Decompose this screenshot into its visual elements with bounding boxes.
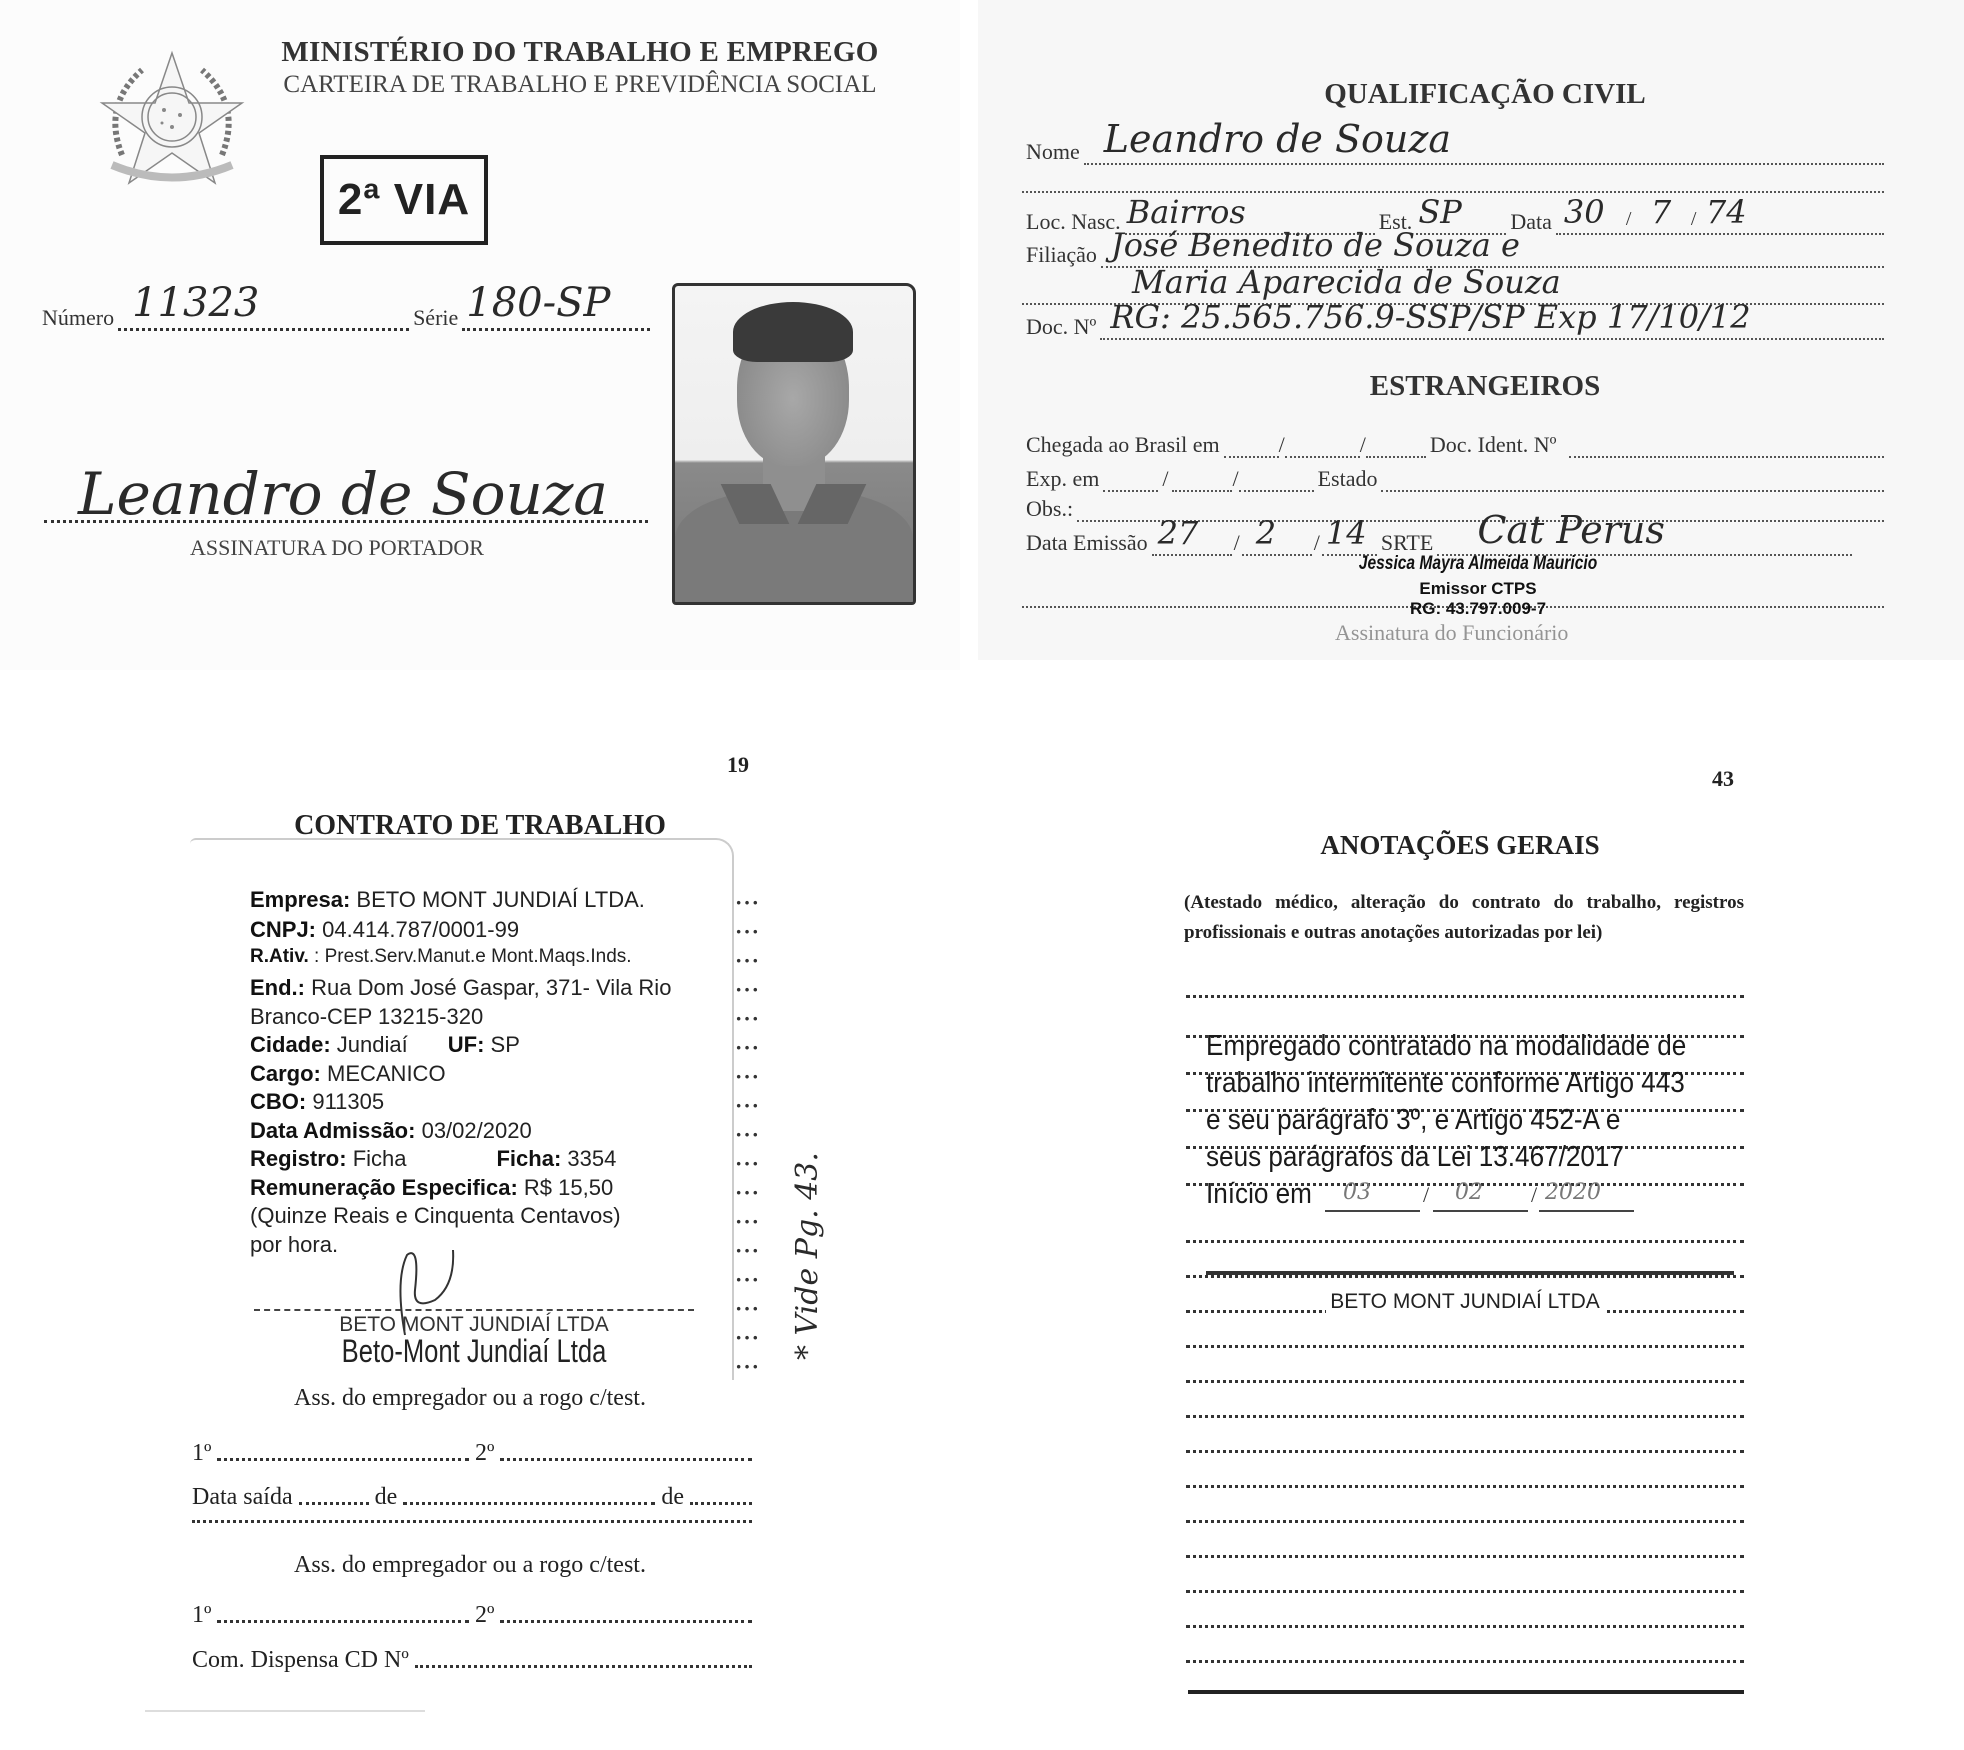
- contract-field: por hora.: [250, 1232, 338, 1258]
- emitter-name: Jessica Mayra Almeida Mauricio: [1347, 553, 1609, 575]
- witness-3-field: [217, 1620, 469, 1623]
- annotation-line: [1186, 995, 1744, 998]
- form-dot-stub: ···: [735, 1093, 760, 1119]
- contract-field: Registro: FichaFicha: 3354: [250, 1146, 616, 1172]
- nome-field: Leandro de Souza: [1084, 139, 1884, 165]
- saida-day-field: [299, 1502, 369, 1505]
- note-line-4: seus parágrafos da Lei 13.467/2017: [1206, 1141, 1624, 1174]
- data-saida-label: Data saída: [192, 1484, 293, 1511]
- nome-row: Nome Leandro de Souza: [1022, 135, 1884, 165]
- witness-2-field: [500, 1458, 752, 1461]
- witness-2-label: 2º: [475, 1440, 494, 1467]
- general-notes-title: ANOTAÇÕES GERAIS: [1190, 830, 1730, 861]
- numero-field: 11323: [118, 300, 409, 331]
- page-number-19: 19: [727, 752, 749, 778]
- nome-value: Leandro de Souza: [1104, 117, 1451, 161]
- estado-field: [1381, 466, 1884, 492]
- second-copy-stamp: 2ª VIA: [320, 155, 488, 245]
- contract-field: CBO: 911305: [250, 1089, 384, 1115]
- srte-value: Cat Perus: [1477, 508, 1665, 552]
- loc-nasc-label: Loc. Nasc.: [1022, 209, 1125, 235]
- doc-row: Doc. Nº RG: 25.565.756.9-SSP/SP Exp 17/1…: [1022, 310, 1884, 340]
- contract-field-label: CNPJ:: [250, 917, 322, 942]
- contract-field-label: Data Admissão:: [250, 1118, 422, 1143]
- contract-field-label: CBO:: [250, 1089, 312, 1114]
- company-stamp: BETO MONT JUNDIAÍ LTDA: [1186, 1290, 1744, 1314]
- form-dot-stub: ···: [735, 1354, 760, 1380]
- contract-field-value: : Prest.Serv.Manut.e Mont.Maqs.Inds.: [314, 946, 632, 967]
- emissao-month-field: 2: [1242, 530, 1312, 556]
- inicio-date: 03 / 02 / 2020: [1325, 1180, 1665, 1220]
- form-dot-stub: ···: [735, 1064, 760, 1090]
- form-dot-stub: ···: [735, 977, 760, 1003]
- contract-field-label: Ficha:: [496, 1146, 567, 1171]
- contract-field-value: 03/02/2020: [422, 1118, 532, 1143]
- contract-field-value: 04.414.787/0001-99: [322, 917, 519, 942]
- contract-field: Remuneração Especifica: R$ 15,50: [250, 1175, 613, 1201]
- emitter-rg: RG: 43.797.009-7: [1318, 599, 1638, 619]
- company-signature-line: [1206, 1271, 1734, 1275]
- contract-field: Cidade: JundiaíUF: SP: [250, 1032, 520, 1058]
- inicio-day: 03: [1343, 1180, 1371, 1205]
- emissao-day-field: 27: [1152, 530, 1232, 556]
- annotation-line: [1186, 1415, 1744, 1418]
- note-line-2: trabalho intermitente conforme Artigo 44…: [1206, 1067, 1685, 1100]
- contract-field-value: (Quinze Reais e Cinquenta Centavos): [250, 1203, 621, 1228]
- estado-label: Estado: [1314, 466, 1382, 492]
- contract-field-value: Rua Dom José Gaspar, 371- Vila Rio: [311, 975, 671, 1000]
- witness-row-1: 1º 2º: [192, 1440, 752, 1467]
- inicio-year: 2020: [1545, 1180, 1601, 1205]
- contract-field-label: End.:: [250, 975, 311, 1000]
- contract-field-label: UF:: [448, 1032, 491, 1057]
- contract-field: Empresa: BETO MONT JUNDIAÍ LTDA.: [250, 887, 645, 913]
- signature-label: ASSINATURA DO PORTADOR: [190, 535, 484, 561]
- com-dispensa-label: Com. Dispensa CD Nº: [192, 1647, 409, 1674]
- emissao-row: Data Emissão 27 / 2 / 14 SRTE Cat Perus: [1022, 526, 1852, 556]
- official-signature-label: Assinatura do Funcionário: [1335, 620, 1568, 646]
- margin-note: * Vide Pg. 43.: [790, 1152, 825, 1360]
- witness-3-label: 1º: [192, 1602, 211, 1629]
- contract-field-label: Remuneração Especifica:: [250, 1175, 524, 1200]
- numero-serie-row: Número 11323 Série 180-SP: [42, 300, 650, 331]
- employer-stamp: Beto-Mont Jundiaí Ltda: [298, 1333, 650, 1370]
- de-label-2: de: [661, 1484, 684, 1511]
- contract-field: Data Admissão: 03/02/2020: [250, 1118, 532, 1144]
- doc-label: Doc. Nº: [1022, 314, 1100, 340]
- contract-field-value: Jundiaí: [337, 1032, 408, 1057]
- emissao-year: 14: [1326, 514, 1367, 552]
- contract-field-value: SP: [491, 1032, 520, 1057]
- foreigners-title: ESTRANGEIROS: [1250, 370, 1720, 403]
- saida-year-field: [690, 1502, 752, 1505]
- serie-value: 180-SP: [466, 280, 610, 326]
- nome-row-2: [1022, 163, 1884, 193]
- form-dot-stub: ···: [735, 1296, 760, 1322]
- doc-ident-label: Doc. Ident. Nº: [1426, 432, 1561, 458]
- contract-field-label: R.Ativ.: [250, 946, 314, 967]
- birth-date-field: 30 / 7 / 74: [1556, 209, 1884, 235]
- holder-signature: Leandro de Souza: [78, 460, 608, 528]
- serie-field: 180-SP: [462, 300, 650, 331]
- note-line-3: e seu parágrafo 3º, e Artigo 452-A e: [1206, 1104, 1620, 1137]
- witness-4-field: [500, 1620, 752, 1623]
- signature-line: [44, 520, 648, 523]
- form-dot-stub: ···: [735, 1006, 760, 1032]
- contract-field-value: BETO MONT JUNDIAÍ LTDA.: [356, 887, 644, 912]
- annotation-line: [1186, 1275, 1744, 1278]
- form-dot-stub: ···: [735, 1325, 760, 1351]
- ministry-subtitle: CARTEIRA DE TRABALHO E PREVIDÊNCIA SOCIA…: [240, 71, 920, 99]
- annotation-line: [1186, 1555, 1744, 1558]
- saida-signature-row: [192, 1520, 752, 1529]
- contract-field: Cargo: MECANICO: [250, 1061, 446, 1087]
- general-notes-subtitle: (Atestado médico, alteração do contrato …: [1184, 888, 1744, 948]
- note-line-1: Empregado contratado na modalidade de: [1206, 1030, 1686, 1063]
- annotation-line: [1186, 1345, 1744, 1348]
- exp-label: Exp. em: [1022, 466, 1103, 492]
- birth-day: 30: [1564, 193, 1605, 231]
- contract-field: End.: Rua Dom José Gaspar, 371- Vila Rio: [250, 975, 671, 1001]
- civil-qualification-title: QUALIFICAÇÃO CIVIL: [1250, 78, 1720, 111]
- contract-field: Branco-CEP 13215-320: [250, 1004, 483, 1030]
- obs-label: Obs.:: [1022, 496, 1077, 522]
- contract-field-value: 911305: [312, 1089, 384, 1114]
- ministry-title: MINISTÉRIO DO TRABALHO E EMPREGO: [240, 36, 920, 69]
- witness-row-2: 1º 2º: [192, 1602, 752, 1629]
- saida-signature-line: [192, 1520, 752, 1523]
- chegada-row: Chegada ao Brasil em / / Doc. Ident. Nº: [1022, 428, 1884, 458]
- company-stamp-text: BETO MONT JUNDIAÍ LTDA: [1326, 1290, 1604, 1313]
- annotation-line: [1186, 1520, 1744, 1523]
- obs-row: Obs.:: [1022, 492, 1884, 522]
- contract-field: CNPJ: 04.414.787/0001-99: [250, 917, 519, 943]
- inicio-month: 02: [1455, 1180, 1483, 1205]
- numero-value: 11323: [132, 280, 259, 326]
- employer-signature-label-2: Ass. do empregador ou a rogo c/test.: [190, 1552, 750, 1579]
- form-dot-stub: ···: [735, 1122, 760, 1148]
- inicio-label: Início em: [1206, 1178, 1312, 1210]
- employer-signature-label-1: Ass. do empregador ou a rogo c/test.: [190, 1385, 750, 1412]
- contract-field-value: Ficha: [353, 1146, 407, 1171]
- birth-month: 7: [1651, 193, 1671, 231]
- annotation-line: [1186, 1590, 1744, 1593]
- doc-field: RG: 25.565.756.9-SSP/SP Exp 17/10/12: [1100, 314, 1884, 340]
- ministry-header: MINISTÉRIO DO TRABALHO E EMPREGO CARTEIR…: [240, 36, 920, 99]
- scan-edge: [145, 1710, 425, 1712]
- contract-field-value: MECANICO: [327, 1061, 446, 1086]
- com-dispensa-row: Com. Dispensa CD Nº: [192, 1647, 752, 1674]
- de-label-1: de: [375, 1484, 398, 1511]
- contract-field-value: por hora.: [250, 1232, 338, 1257]
- emitter-role: Emissor CTPS: [1318, 579, 1638, 599]
- emitter-stamp: Jessica Mayra Almeida Mauricio Emissor C…: [1318, 553, 1638, 619]
- filiacao-label: Filiação: [1022, 242, 1101, 268]
- birth-year: 74: [1706, 193, 1747, 231]
- com-dispensa-field: [415, 1665, 752, 1668]
- annotation-line: [1186, 1380, 1744, 1383]
- contract-field: (Quinze Reais e Cinquenta Centavos): [250, 1203, 621, 1229]
- annotation-line: [1186, 1660, 1744, 1663]
- contract-field-value: Branco-CEP 13215-320: [250, 1004, 483, 1029]
- witness-1-label: 1º: [192, 1440, 211, 1467]
- annotation-line: [1186, 1240, 1744, 1243]
- contract-field-label: Cargo:: [250, 1061, 327, 1086]
- form-dot-stub: ···: [735, 1035, 760, 1061]
- filiacao-line-2: Maria Aparecida de Souza: [1132, 263, 1561, 301]
- chegada-label: Chegada ao Brasil em: [1022, 432, 1224, 458]
- form-dot-stub: ···: [735, 919, 760, 945]
- page-bottom-line: [1188, 1690, 1744, 1694]
- form-dot-stub: ···: [735, 948, 760, 974]
- data-emissao-label: Data Emissão: [1022, 530, 1152, 556]
- contract-field-label: Cidade:: [250, 1032, 337, 1057]
- contract-field-value: 3354: [567, 1146, 616, 1171]
- annotation-line: [1186, 1485, 1744, 1488]
- form-dot-stub: ···: [735, 890, 760, 916]
- exp-row: Exp. em / / Estado: [1022, 462, 1884, 492]
- contract-field-value: R$ 15,50: [524, 1175, 613, 1200]
- saida-month-field: [403, 1502, 655, 1505]
- form-dot-stub: ···: [735, 1267, 760, 1293]
- annotation-line: [1186, 1625, 1744, 1628]
- numero-label: Número: [42, 305, 114, 331]
- employer-signature-line: [254, 1309, 694, 1311]
- page-number-43: 43: [1712, 766, 1734, 792]
- witness-4-label: 2º: [475, 1602, 494, 1629]
- brazil-coat-of-arms-icon: [92, 45, 252, 195]
- annotation-line: [1186, 1450, 1744, 1453]
- nome-label: Nome: [1022, 139, 1084, 165]
- form-dot-stub: ···: [735, 1238, 760, 1264]
- emissao-month: 2: [1256, 514, 1276, 552]
- doc-ident-field: [1569, 432, 1885, 458]
- witness-1-field: [217, 1458, 469, 1461]
- holder-photo: [672, 283, 916, 605]
- form-dot-stub: ···: [735, 1209, 760, 1235]
- contract-field-label: Empresa:: [250, 887, 356, 912]
- form-dot-stub: ···: [735, 1151, 760, 1177]
- contract-field: R.Ativ. : Prest.Serv.Manut.e Mont.Maqs.I…: [250, 946, 632, 968]
- filiacao-line-1: José Benedito de Souza e: [1111, 226, 1520, 264]
- data-saida-row: Data saída de de: [192, 1484, 752, 1511]
- contract-field-label: Registro:: [250, 1146, 353, 1171]
- inicio-row: Início em: [1206, 1178, 1312, 1211]
- emissao-day: 27: [1158, 514, 1199, 552]
- doc-value: RG: 25.565.756.9-SSP/SP Exp 17/10/12: [1110, 298, 1750, 336]
- form-dot-stub: ···: [735, 1180, 760, 1206]
- serie-label: Série: [413, 305, 458, 331]
